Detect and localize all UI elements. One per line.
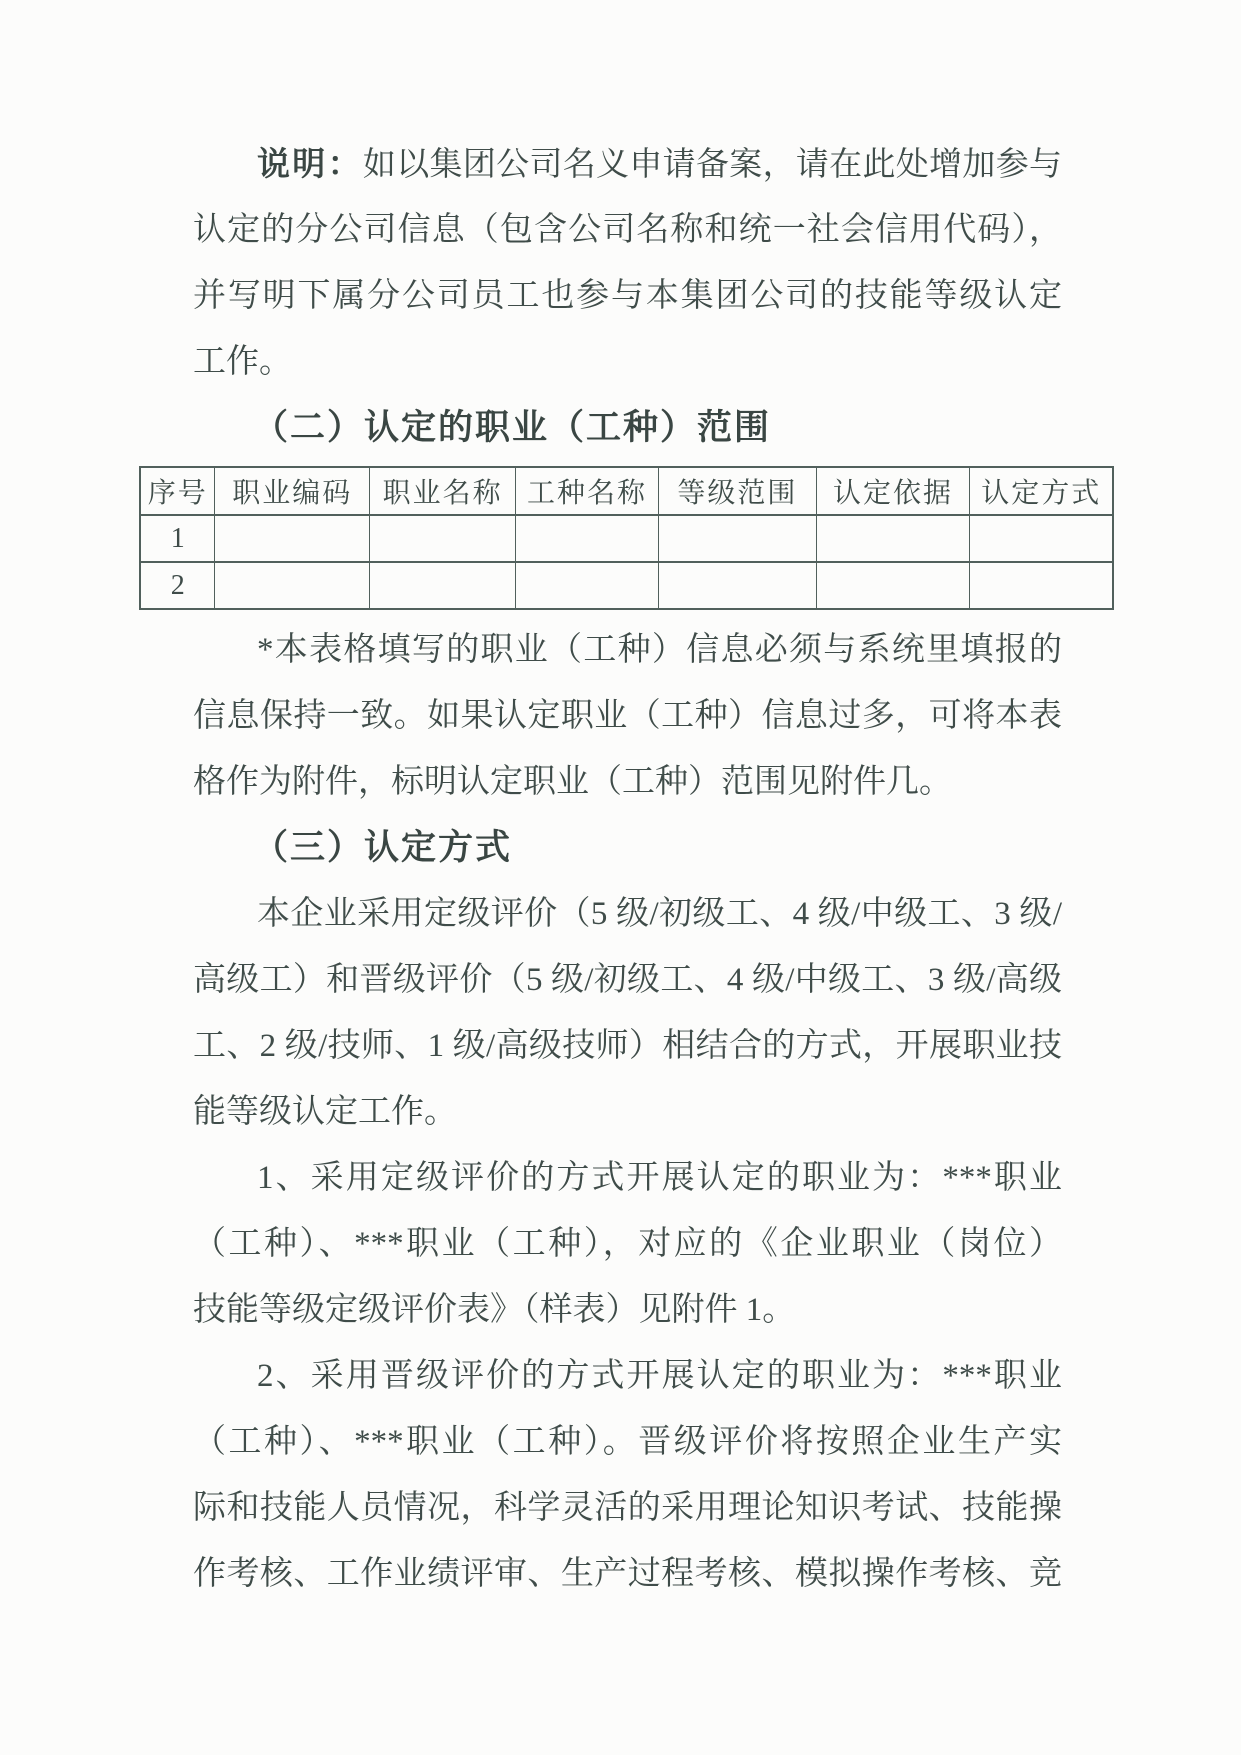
table-cell — [516, 515, 659, 562]
table-cell — [370, 515, 516, 562]
text-line: *本表格填写的职业（工种）信息必须与系统里填报的 — [193, 617, 1062, 683]
text-line: 说明：如以集团公司名义申请备案，请在此处增加参与 — [193, 131, 1062, 197]
column-header: 职业名称 — [370, 467, 516, 515]
table-note-paragraph: *本表格填写的职业（工种）信息必须与系统里填报的信息保持一致。如果认定职业（工种… — [193, 617, 1062, 815]
column-header: 职业编码 — [215, 467, 370, 515]
text-line: 并写明下属分公司员工也参与本集团公司的技能等级认定 — [193, 263, 1062, 329]
column-header: 等级范围 — [659, 467, 817, 515]
item2-paragraph: 2、采用晋级评价的方式开展认定的职业为：***职业（工种）、***职业（工种）。… — [193, 1343, 1062, 1607]
text-line: （工种）、***职业（工种），对应的《企业职业（岗位） — [193, 1211, 1062, 1277]
column-header: 认定方式 — [970, 467, 1113, 515]
text-line: 作考核、工作业绩评审、生产过程考核、模拟操作考核、竞 — [193, 1541, 1062, 1607]
table-cell — [816, 515, 970, 562]
table-cell — [659, 515, 817, 562]
text-line: 认定的分公司信息（包含公司名称和统一社会信用代码）， — [193, 197, 1062, 263]
text-line: （工种）、***职业（工种）。晋级评价将按照企业生产实 — [193, 1409, 1062, 1475]
table-cell — [816, 562, 970, 609]
table-cell — [215, 562, 370, 609]
paragraph-lead-label: 说明： — [257, 145, 363, 182]
document-page: 说明：如以集团公司名义申请备案，请在此处增加参与认定的分公司信息（包含公司名称和… — [0, 0, 1241, 1755]
section2-heading: （二）认定的职业（工种）范围 — [193, 395, 1062, 461]
table-cell: 2 — [140, 562, 215, 609]
table-cell — [215, 515, 370, 562]
text-line: 能等级认定工作。 — [193, 1079, 1062, 1145]
text-line: 工、2 级/技师、1 级/高级技师）相结合的方式，开展职业技 — [193, 1013, 1062, 1079]
column-header: 认定依据 — [816, 467, 970, 515]
text-line: 2、采用晋级评价的方式开展认定的职业为：***职业 — [193, 1343, 1062, 1409]
table-cell — [370, 562, 516, 609]
method-paragraph: 本企业采用定级评价（5 级/初级工、4 级/中级工、3 级/高级工）和晋级评价（… — [193, 881, 1062, 1145]
document-content: 说明：如以集团公司名义申请备案，请在此处增加参与认定的分公司信息（包含公司名称和… — [193, 0, 1062, 1607]
text-line: 信息保持一致。如果认定职业（工种）信息过多，可将本表 — [193, 683, 1062, 749]
table-cell — [970, 515, 1113, 562]
text-line: 高级工）和晋级评价（5 级/初级工、4 级/中级工、3 级/高级 — [193, 947, 1062, 1013]
table-cell: 1 — [140, 515, 215, 562]
occupations-table: 序号职业编码职业名称工种名称等级范围认定依据认定方式12 — [139, 466, 1114, 610]
table-cell — [970, 562, 1113, 609]
text-line: 技能等级定级评价表》（样表）见附件 1。 — [193, 1277, 1062, 1343]
text-line: 际和技能人员情况，科学灵活的采用理论知识考试、技能操 — [193, 1475, 1062, 1541]
text-line: 格作为附件，标明认定职业（工种）范围见附件几。 — [193, 749, 1062, 815]
column-header: 工种名称 — [516, 467, 659, 515]
table-row: 1 — [140, 515, 1113, 562]
table-cell — [516, 562, 659, 609]
section3-heading: （三）认定方式 — [193, 815, 1062, 881]
table-cell — [659, 562, 817, 609]
column-header: 序号 — [140, 467, 215, 515]
text-line: 工作。 — [193, 329, 1062, 395]
table-row: 2 — [140, 562, 1113, 609]
table-header-row: 序号职业编码职业名称工种名称等级范围认定依据认定方式 — [140, 467, 1113, 515]
intro-paragraph: 说明：如以集团公司名义申请备案，请在此处增加参与认定的分公司信息（包含公司名称和… — [193, 131, 1062, 395]
text-line: 本企业采用定级评价（5 级/初级工、4 级/中级工、3 级/ — [193, 881, 1062, 947]
text-line: 1、采用定级评价的方式开展认定的职业为：***职业 — [193, 1145, 1062, 1211]
item1-paragraph: 1、采用定级评价的方式开展认定的职业为：***职业（工种）、***职业（工种），… — [193, 1145, 1062, 1343]
